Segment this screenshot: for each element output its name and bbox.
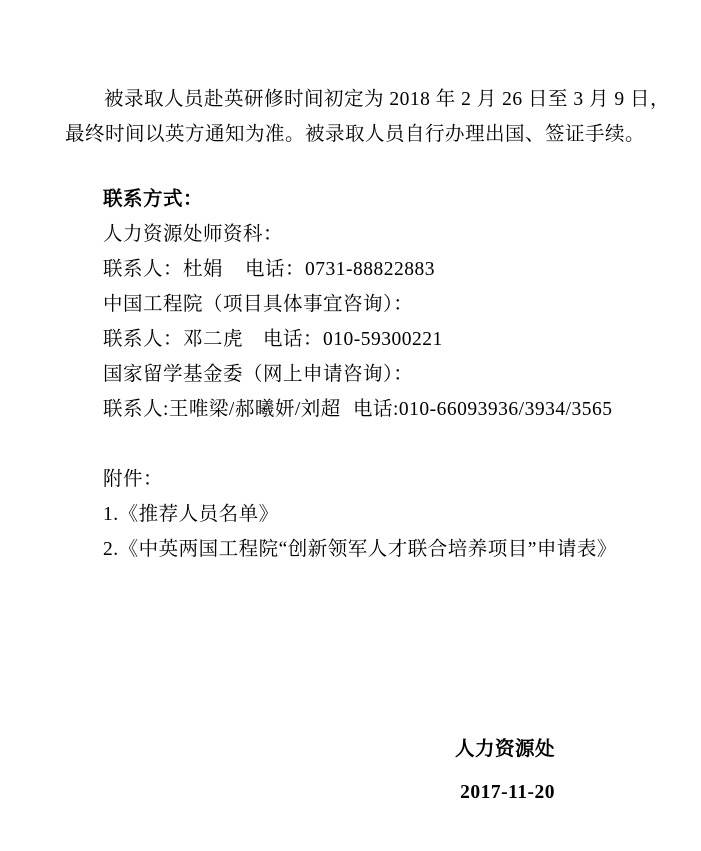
contact-person-name: 联系人：杜娟: [103, 252, 245, 287]
contact-phone-number: 电话：0731-88822883: [245, 259, 435, 280]
intro-paragraph-line-1: 被录取人员赴英研修时间初定为 2018 年 2 月 26 日至 3 月 9 日，: [65, 82, 643, 117]
contact-dept-csc: 国家留学基金委（网上申请咨询）：: [103, 357, 643, 392]
attachment-item-2: 2.《中英两国工程院“创新领军人才联合培养项目”申请表》: [103, 532, 643, 567]
contact-heading: 联系方式：: [103, 182, 643, 217]
document-page: 被录取人员赴英研修时间初定为 2018 年 2 月 26 日至 3 月 9 日，…: [0, 0, 701, 851]
contact-row-dujuan: 联系人：杜娟电话：0731-88822883: [103, 252, 643, 287]
contact-row-csc-staff: 联系人:王唯梁/郝曦妍/刘超电话:010-66093936/3934/3565: [103, 392, 643, 427]
contact-section: 联系方式： 人力资源处师资科： 联系人：杜娟电话：0731-88822883 中…: [65, 182, 643, 427]
attachment-item-1: 1.《推荐人员名单》: [103, 497, 643, 532]
contact-phone-number: 电话:010-66093936/3934/3565: [353, 399, 613, 420]
intro-paragraph: 被录取人员赴英研修时间初定为 2018 年 2 月 26 日至 3 月 9 日，…: [65, 82, 643, 152]
signature-block: 人力资源处 2017-11-20: [65, 732, 643, 810]
contact-person-name: 联系人：邓二虎: [103, 322, 263, 357]
contact-dept-hr: 人力资源处师资科：: [103, 217, 643, 252]
contact-dept-cae: 中国工程院（项目具体事宜咨询）：: [103, 287, 643, 322]
contact-person-name: 联系人:王唯梁/郝曦妍/刘超: [103, 392, 353, 427]
document-content: 被录取人员赴英研修时间初定为 2018 年 2 月 26 日至 3 月 9 日，…: [0, 0, 701, 810]
intro-paragraph-line-2: 最终时间以英方通知为准。被录取人员自行办理出国、签证手续。: [65, 117, 643, 152]
contact-phone-number: 电话：010-59300221: [263, 329, 443, 350]
signature-department: 人力资源处: [65, 732, 555, 767]
signature-date: 2017-11-20: [65, 775, 555, 810]
contact-row-dengerhu: 联系人：邓二虎电话：010-59300221: [103, 322, 643, 357]
attachments-heading: 附件：: [103, 462, 643, 497]
attachments-section: 附件： 1.《推荐人员名单》 2.《中英两国工程院“创新领军人才联合培养项目”申…: [65, 462, 643, 567]
